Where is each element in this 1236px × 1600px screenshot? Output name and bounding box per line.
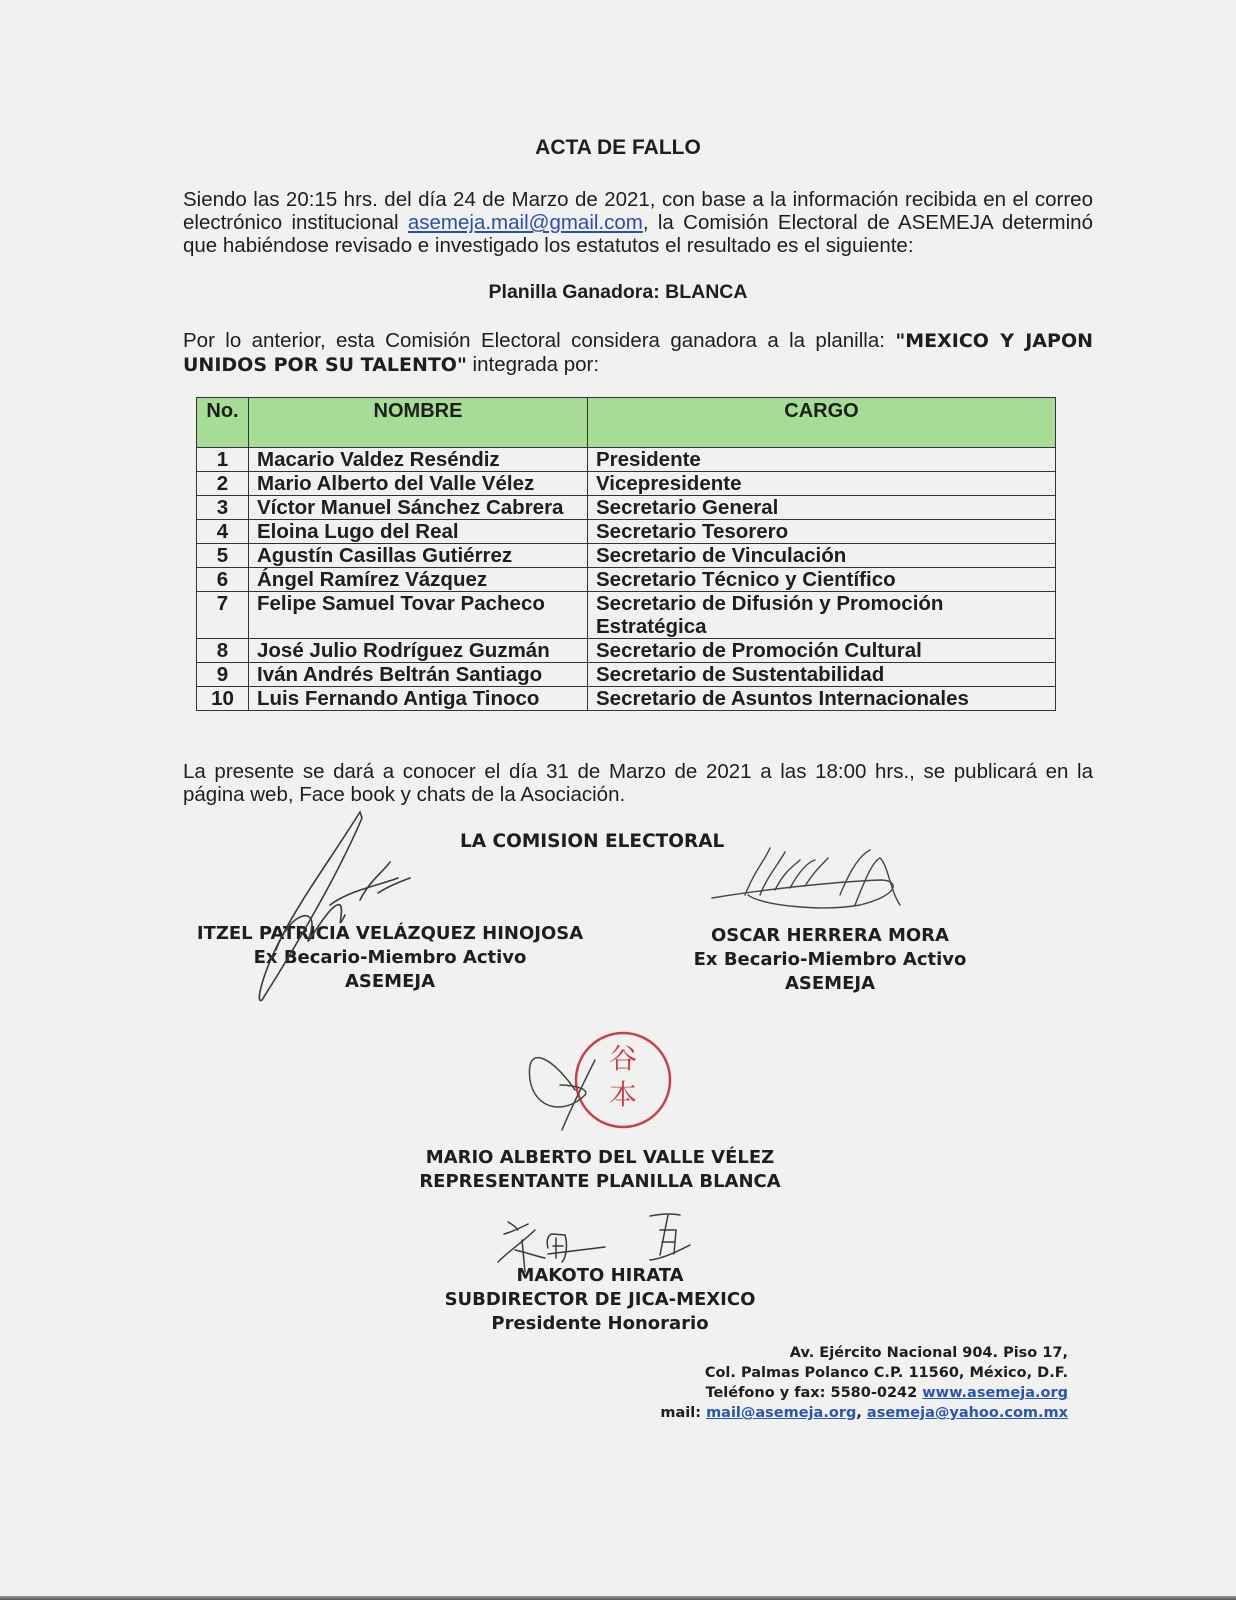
mail-label: mail:	[660, 1405, 706, 1421]
table-row: 6Ángel Ramírez VázquezSecretario Técnico…	[197, 568, 1056, 592]
member-position: Secretario de Promoción Cultural	[588, 639, 1056, 663]
declaration-text: Por lo anterior, esta Comisión Electoral…	[183, 329, 895, 352]
address-line-1: Av. Ejército Nacional 904. Piso 17,	[660, 1343, 1068, 1363]
member-number: 9	[197, 663, 249, 687]
table-row: 9Iván Andrés Beltrán SantiagoSecretario …	[197, 663, 1056, 687]
member-name: Eloina Lugo del Real	[249, 520, 588, 544]
table-row: 5Agustín Casillas GutiérrezSecretario de…	[197, 544, 1056, 568]
address-line-2: Col. Palmas Polanco C.P. 11560, México, …	[660, 1363, 1068, 1383]
header-no: No.	[197, 398, 249, 448]
red-seal-icon: 谷 本	[576, 1033, 670, 1127]
member-position: Secretario de Difusión y Promoción Estra…	[588, 592, 1056, 639]
svg-text:谷: 谷	[609, 1042, 637, 1075]
winner-line: Planilla Ganadora: BLANCA	[0, 281, 1236, 304]
signatory-3: MARIO ALBERTO DEL VALLE VÉLEZ REPRESENTA…	[380, 1146, 820, 1194]
member-number: 4	[197, 520, 249, 544]
signatory-1: ITZEL PATRICIA VELÁZQUEZ HINOJOSA Ex Bec…	[170, 922, 610, 994]
header-cargo: CARGO	[588, 398, 1056, 448]
member-name: Felipe Samuel Tovar Pacheco	[249, 592, 588, 639]
signatory-role: Ex Becario-Miembro Activo	[170, 946, 610, 970]
table-row: 3Víctor Manuel Sánchez CabreraSecretario…	[197, 496, 1056, 520]
document-title: ACTA DE FALLO	[0, 136, 1236, 160]
members-table: No. NOMBRE CARGO 1Macario Valdez Reséndi…	[196, 397, 1056, 711]
signature-mario-icon	[529, 1058, 595, 1130]
signatory-name: OSCAR HERRERA MORA	[640, 924, 1020, 948]
member-number: 5	[197, 544, 249, 568]
member-number: 7	[197, 592, 249, 639]
member-number: 3	[197, 496, 249, 520]
table-row: 2Mario Alberto del Valle VélezVicepresid…	[197, 472, 1056, 496]
member-position: Secretario de Sustentabilidad	[588, 663, 1056, 687]
member-number: 10	[197, 687, 249, 711]
institutional-email-link[interactable]: asemeja.mail@gmail.com	[408, 211, 643, 234]
member-number: 2	[197, 472, 249, 496]
signatory-2: OSCAR HERRERA MORA Ex Becario-Miembro Ac…	[640, 924, 1020, 996]
member-position: Secretario Técnico y Científico	[588, 568, 1056, 592]
signatory-org: ASEMEJA	[640, 972, 1020, 996]
member-number: 1	[197, 448, 249, 472]
signatory-role: Ex Becario-Miembro Activo	[640, 948, 1020, 972]
publication-note: La presente se dará a conocer el día 31 …	[183, 760, 1093, 806]
member-position: Vicepresidente	[588, 472, 1056, 496]
declaration-paragraph: Por lo anterior, esta Comisión Electoral…	[183, 329, 1093, 377]
member-number: 6	[197, 568, 249, 592]
table-header-row: No. NOMBRE CARGO	[197, 398, 1056, 448]
mail-link-2[interactable]: asemeja@yahoo.com.mx	[867, 1405, 1068, 1421]
table-row: 10Luis Fernando Antiga TinocoSecretario …	[197, 687, 1056, 711]
member-name: Ángel Ramírez Vázquez	[249, 568, 588, 592]
table-row: 1Macario Valdez ReséndizPresidente	[197, 448, 1056, 472]
signatory-name: MAKOTO HIRATA	[380, 1264, 820, 1288]
svg-text:本: 本	[609, 1078, 637, 1111]
signatory-org: ASEMEJA	[170, 970, 610, 994]
header-nombre: NOMBRE	[249, 398, 588, 448]
scan-bottom-edge	[0, 1596, 1236, 1600]
member-number: 8	[197, 639, 249, 663]
intro-paragraph: Siendo las 20:15 hrs. del día 24 de Marz…	[183, 188, 1093, 257]
table-row: 7Felipe Samuel Tovar PachecoSecretario d…	[197, 592, 1056, 639]
signatory-role: SUBDIRECTOR DE JICA-MEXICO	[380, 1288, 820, 1312]
signatory-name: MARIO ALBERTO DEL VALLE VÉLEZ	[380, 1146, 820, 1170]
member-name: Mario Alberto del Valle Vélez	[249, 472, 588, 496]
table-row: 4Eloina Lugo del RealSecretario Tesorero	[197, 520, 1056, 544]
table-row: 8José Julio Rodríguez GuzmánSecretario d…	[197, 639, 1056, 663]
website-link[interactable]: www.asemeja.org	[922, 1385, 1068, 1401]
signatory-4: MAKOTO HIRATA SUBDIRECTOR DE JICA-MEXICO…	[380, 1264, 820, 1336]
mail-link-1[interactable]: mail@asemeja.org	[706, 1405, 856, 1421]
member-name: Luis Fernando Antiga Tinoco	[249, 687, 588, 711]
member-name: José Julio Rodríguez Guzmán	[249, 639, 588, 663]
signatory-role: REPRESENTANTE PLANILLA BLANCA	[380, 1170, 820, 1194]
member-position: Secretario de Vinculación	[588, 544, 1056, 568]
member-name: Iván Andrés Beltrán Santiago	[249, 663, 588, 687]
member-position: Secretario de Asuntos Internacionales	[588, 687, 1056, 711]
commission-heading: LA COMISION ELECTORAL	[460, 831, 724, 852]
phone-label: Teléfono y fax: 5580-0242	[706, 1385, 923, 1401]
mail-separator: ,	[856, 1405, 867, 1421]
declaration-text-end: integrada por:	[467, 353, 599, 376]
member-position: Secretario General	[588, 496, 1056, 520]
member-position: Presidente	[588, 448, 1056, 472]
phone-line: Teléfono y fax: 5580-0242 www.asemeja.or…	[660, 1383, 1068, 1403]
footer-address: Av. Ejército Nacional 904. Piso 17, Col.…	[660, 1343, 1068, 1423]
member-position: Secretario Tesorero	[588, 520, 1056, 544]
member-name: Agustín Casillas Gutiérrez	[249, 544, 588, 568]
signature-oscar-icon	[712, 848, 900, 908]
signatory-name: ITZEL PATRICIA VELÁZQUEZ HINOJOSA	[170, 922, 610, 946]
member-name: Macario Valdez Reséndiz	[249, 448, 588, 472]
member-name: Víctor Manuel Sánchez Cabrera	[249, 496, 588, 520]
mail-line: mail: mail@asemeja.org, asemeja@yahoo.co…	[660, 1403, 1068, 1423]
signatory-org: Presidente Honorario	[380, 1312, 820, 1336]
